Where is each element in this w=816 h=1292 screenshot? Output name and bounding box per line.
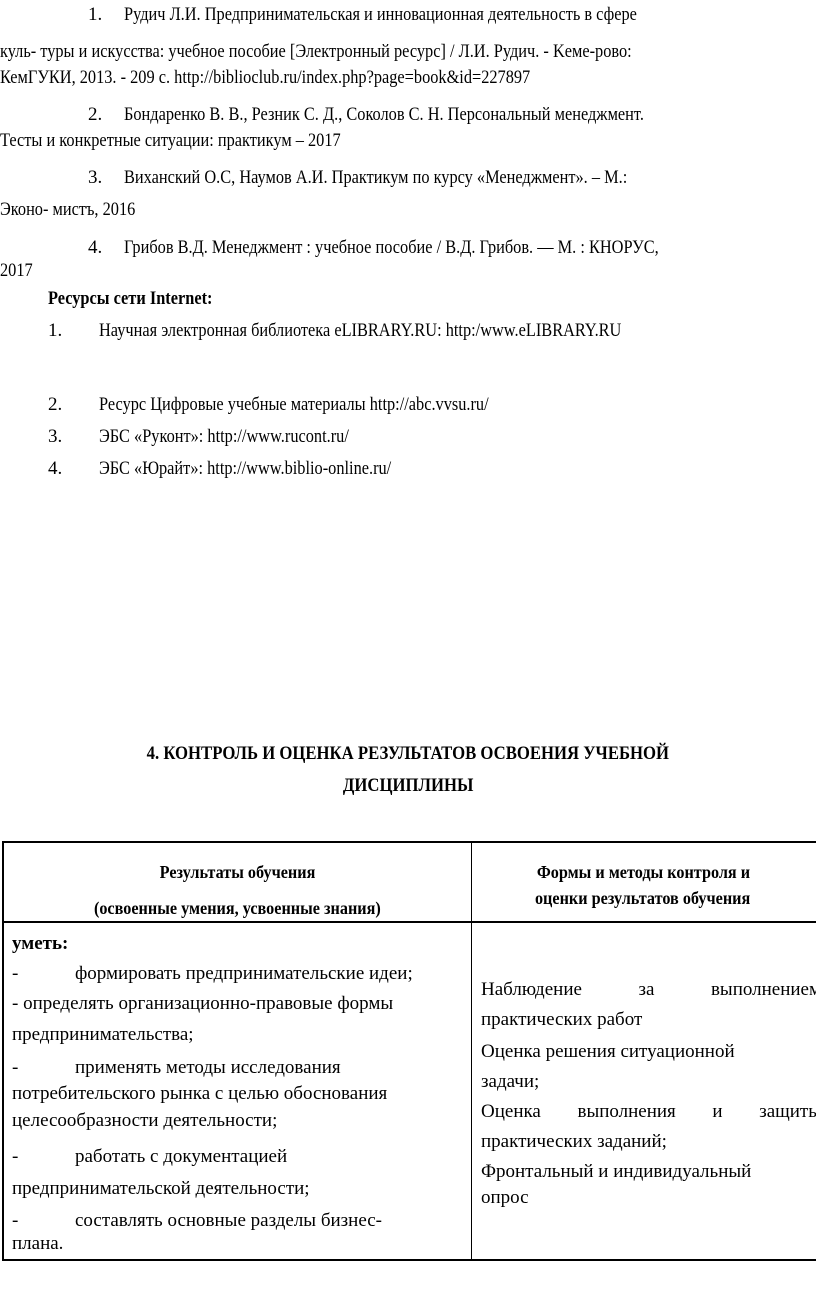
reference-number: 2.	[88, 104, 102, 126]
reference-text: Эконо- мистъ, 2016	[0, 199, 135, 221]
header-results-line1: Результаты обучения	[160, 861, 316, 883]
header-results-sub: (освоенные умения, усвоенные знания)	[4, 897, 471, 919]
skill-item: предпринимательства;	[12, 1024, 194, 1046]
resource-number: 3.	[48, 426, 62, 448]
resource-link[interactable]: ЭБС «Руконт»: http://www.rucont.ru/	[99, 426, 349, 448]
method-item: Наблюдение за выполнением	[481, 979, 816, 1001]
method-word: выполнения	[577, 1101, 675, 1123]
skill-item: целесообразности деятельности;	[12, 1110, 277, 1132]
resource-number: 2.	[48, 394, 62, 416]
reference-text: Бондаренко В. В., Резник С. Д., Соколов …	[124, 104, 644, 126]
reference-number: 3.	[88, 167, 102, 189]
method-item: опрос	[481, 1187, 529, 1209]
reference-text: 2017	[0, 260, 33, 282]
resource-link[interactable]: Научная электронная библиотека eLIBRARY.…	[99, 320, 621, 342]
skill-item: предпринимательской деятельности;	[12, 1178, 310, 1200]
internet-resources-title: Ресурсы сети Internet:	[48, 288, 212, 310]
method-item: Фронтальный и индивидуальный	[481, 1161, 751, 1183]
method-item: задачи;	[481, 1071, 539, 1093]
skill-item: - определять организационно-правовые фор…	[12, 993, 393, 1015]
skill-item: применять методы исследования	[75, 1057, 341, 1079]
header-methods-line2: оценки результатов обучения	[535, 887, 750, 909]
bullet-dash: -	[12, 1146, 18, 1168]
method-word: Оценка	[481, 1101, 541, 1123]
method-word: за	[638, 979, 654, 1001]
bullet-dash: -	[12, 1057, 18, 1079]
reference-text: Грибов В.Д. Менеджмент : учебное пособие…	[124, 237, 659, 259]
skill-item: плана.	[12, 1233, 63, 1255]
reference-text: куль- туры и искусства: учебное пособие …	[0, 41, 632, 63]
section-title-cont: ДИСЦИПЛИНЫ	[0, 775, 816, 797]
header-results-line2: (освоенные умения, усвоенные знания)	[94, 897, 381, 919]
resource-number: 1.	[48, 320, 62, 342]
resource-number: 4.	[48, 458, 62, 480]
method-word: и	[712, 1101, 722, 1123]
header-methods-sub: оценки результатов обучения	[472, 887, 814, 909]
skill-item: работать с документацией	[75, 1146, 287, 1168]
reference-text: Тесты и конкретные ситуации: практикум –…	[0, 130, 341, 152]
header-divider	[4, 921, 816, 923]
method-item: практических работ	[481, 1009, 642, 1031]
reference-number: 4.	[88, 237, 102, 259]
bullet-dash: -	[12, 1210, 18, 1232]
section-title-line: 4. КОНТРОЛЬ И ОЦЕНКА РЕЗУЛЬТАТОВ ОСВОЕНИ…	[147, 743, 669, 765]
section-title-line: ДИСЦИПЛИНЫ	[343, 775, 473, 797]
method-item: Оценка решения ситуационной	[481, 1041, 735, 1063]
reference-text: КемГУКИ, 2013. - 209 с. http://biblioclu…	[0, 67, 530, 89]
reference-text: Виханский О.С, Наумов А.И. Практикум по …	[124, 167, 627, 189]
header-methods: Формы и методы контроля и	[472, 861, 814, 883]
method-item: Оценка выполнения и защиты	[481, 1101, 816, 1123]
assessment-table: Результаты обучения (освоенные умения, у…	[2, 841, 816, 1261]
resource-link[interactable]: ЭБС «Юрайт»: http://www.biblio-online.ru…	[99, 458, 391, 480]
skill-item: составлять основные разделы бизнес-	[75, 1210, 382, 1232]
reference-text: Рудич Л.И. Предпринимательская и инновац…	[124, 4, 803, 26]
skills-label: уметь:	[12, 933, 68, 955]
bullet-dash: -	[12, 963, 18, 985]
skill-item: формировать предпринимательские идеи;	[75, 963, 413, 985]
header-results: Результаты обучения	[4, 861, 471, 883]
method-word: выполнением	[711, 979, 816, 1001]
method-word: защиты	[759, 1101, 816, 1123]
method-word: Наблюдение	[481, 979, 582, 1001]
resource-link[interactable]: Ресурс Цифровые учебные материалы http:/…	[99, 394, 489, 416]
method-item: практических заданий;	[481, 1131, 667, 1153]
header-methods-line1: Формы и методы контроля и	[536, 861, 749, 883]
section-title: 4. КОНТРОЛЬ И ОЦЕНКА РЕЗУЛЬТАТОВ ОСВОЕНИ…	[0, 743, 816, 765]
reference-number: 1.	[88, 4, 102, 26]
skill-item: потребительского рынка с целью обоснован…	[12, 1083, 387, 1105]
